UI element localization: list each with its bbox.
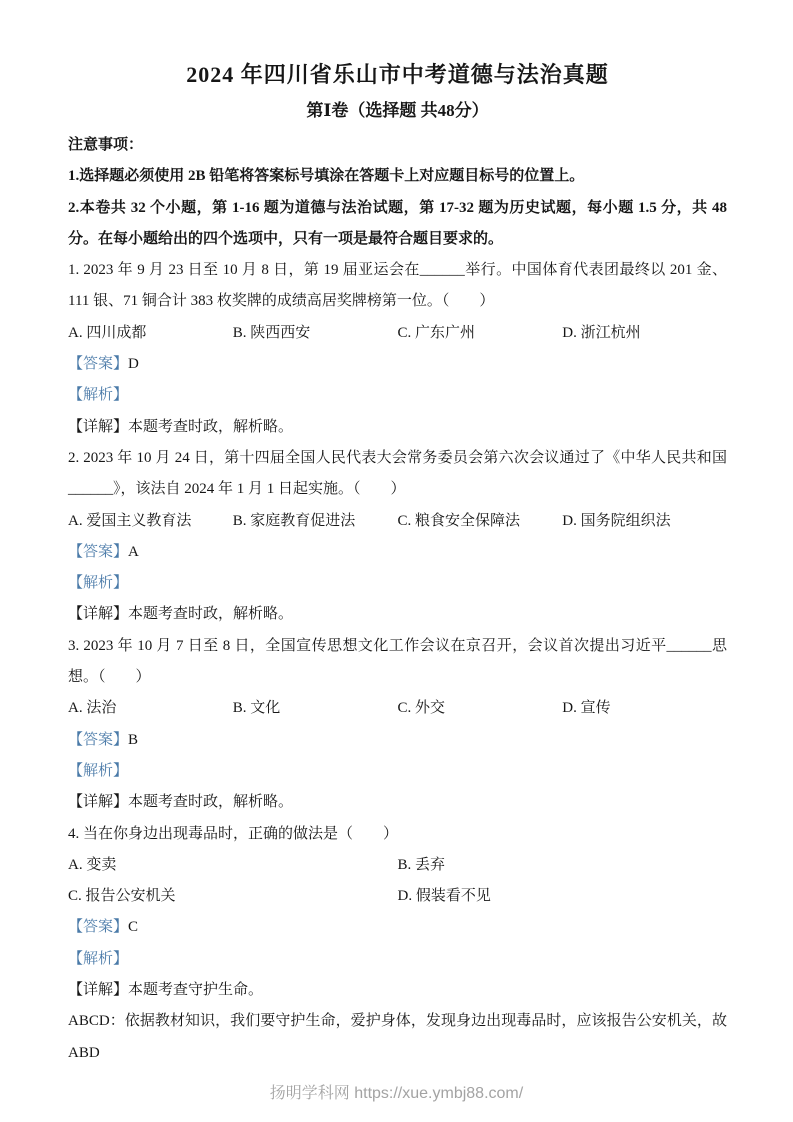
option-c: C. 粮食安全保障法: [398, 506, 563, 537]
question-4-analysis-label: 【解析】: [68, 944, 727, 975]
question-2-stem: 2. 2023 年 10 月 24 日，第十四届全国人民代表大会常务委员会第六次…: [68, 443, 727, 506]
option-b: B. 文化: [233, 693, 398, 724]
detail-text: 本题考查时政，解析略。: [128, 794, 293, 810]
question-4-detail-row: 【详解】本题考查守护生命。: [68, 975, 727, 1006]
option-d: D. 宣传: [562, 693, 727, 724]
detail-label: 【详解】: [68, 606, 128, 622]
option-a: A. 四川成都: [68, 318, 233, 349]
option-b: B. 家庭教育促进法: [233, 506, 398, 537]
option-b: B. 陕西西安: [233, 318, 398, 349]
detail-text: 本题考查守护生命。: [128, 982, 263, 998]
page-title: 2024 年四川省乐山市中考道德与法治真题: [68, 60, 727, 90]
footer-watermark: 扬明学科网 https://xue.ymbj88.com/: [0, 1080, 793, 1103]
question-2-analysis-label: 【解析】: [68, 568, 727, 599]
detail-label: 【详解】: [68, 982, 128, 998]
question-3-stem: 3. 2023 年 10 月 7 日至 8 日，全国宣传思想文化工作会议在京召开…: [68, 631, 727, 694]
option-a: A. 爱国主义教育法: [68, 506, 233, 537]
answer-value: D: [128, 356, 139, 372]
answer-label: 【答案】: [68, 356, 128, 372]
option-a: A. 法治: [68, 693, 233, 724]
detail-label: 【详解】: [68, 794, 128, 810]
option-c: C. 报告公安机关: [68, 881, 398, 912]
exam-page: 2024 年四川省乐山市中考道德与法治真题 第Ⅰ卷（选择题 共48分） 注意事项…: [68, 60, 727, 1069]
question-4-detail-extra: ABCD：依据教材知识，我们要守护生命，爱护身体，发现身边出现毒品时，应该报告公…: [68, 1006, 727, 1069]
question-1-detail-row: 【详解】本题考查时政，解析略。: [68, 412, 727, 443]
question-4-answer-row: 【答案】C: [68, 912, 727, 943]
option-b: B. 丢弃: [398, 850, 728, 881]
notice-heading: 注意事项：: [68, 130, 727, 161]
answer-label: 【答案】: [68, 919, 128, 935]
option-d: D. 浙江杭州: [562, 318, 727, 349]
option-d: D. 国务院组织法: [562, 506, 727, 537]
answer-label: 【答案】: [68, 732, 128, 748]
question-1-analysis-label: 【解析】: [68, 380, 727, 411]
detail-text: 本题考查时政，解析略。: [128, 419, 293, 435]
question-3-analysis-label: 【解析】: [68, 756, 727, 787]
question-2-detail-row: 【详解】本题考查时政，解析略。: [68, 599, 727, 630]
option-c: C. 外交: [398, 693, 563, 724]
detail-text: 本题考查时政，解析略。: [128, 606, 293, 622]
answer-label: 【答案】: [68, 544, 128, 560]
question-3-answer-row: 【答案】B: [68, 725, 727, 756]
question-1-stem: 1. 2023 年 9 月 23 日至 10 月 8 日，第 19 届亚运会在_…: [68, 255, 727, 318]
section-title: 第Ⅰ卷（选择题 共48分）: [68, 98, 727, 124]
question-4-options: A. 变卖 B. 丢弃 C. 报告公安机关 D. 假装看不见: [68, 850, 727, 913]
question-3-options: A. 法治 B. 文化 C. 外交 D. 宣传: [68, 693, 727, 724]
notice-item-1: 1.选择题必须使用 2B 铅笔将答案标号填涂在答题卡上对应题目标号的位置上。: [68, 161, 727, 192]
question-2-options: A. 爱国主义教育法 B. 家庭教育促进法 C. 粮食安全保障法 D. 国务院组…: [68, 506, 727, 537]
answer-value: C: [128, 919, 138, 935]
answer-value: A: [128, 544, 139, 560]
question-3-detail-row: 【详解】本题考查时政，解析略。: [68, 787, 727, 818]
question-2-answer-row: 【答案】A: [68, 537, 727, 568]
notice-item-2: 2.本卷共 32 个小题，第 1-16 题为道德与法治试题，第 17-32 题为…: [68, 193, 727, 256]
option-c: C. 广东广州: [398, 318, 563, 349]
detail-label: 【详解】: [68, 419, 128, 435]
question-4-stem: 4. 当在你身边出现毒品时，正确的做法是（ ）: [68, 819, 727, 850]
question-1-options: A. 四川成都 B. 陕西西安 C. 广东广州 D. 浙江杭州: [68, 318, 727, 349]
option-a: A. 变卖: [68, 850, 398, 881]
option-d: D. 假装看不见: [398, 881, 728, 912]
question-1-answer-row: 【答案】D: [68, 349, 727, 380]
answer-value: B: [128, 732, 138, 748]
